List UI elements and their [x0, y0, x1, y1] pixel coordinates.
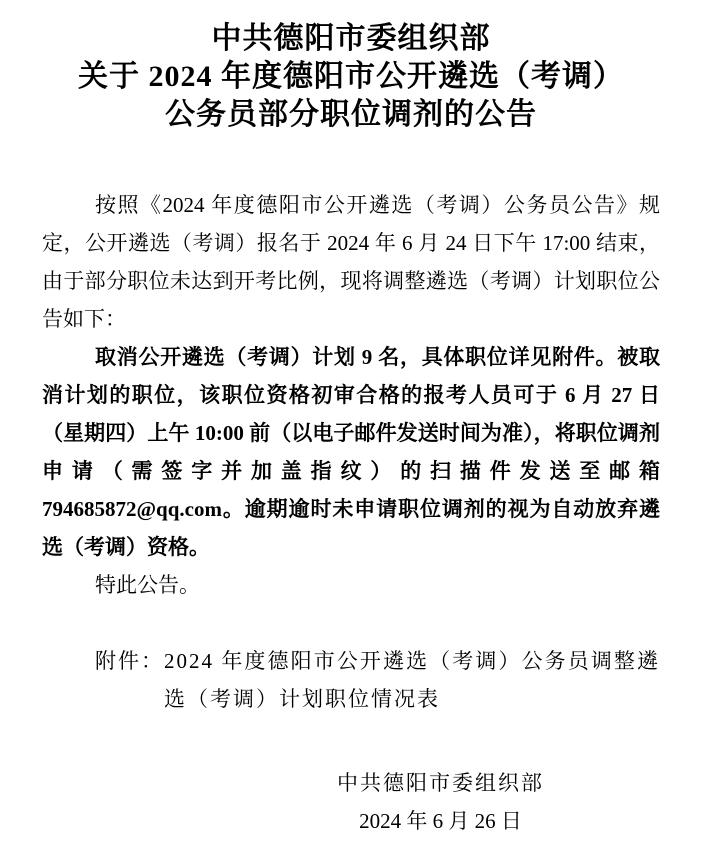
announcement-page: 中共德阳市委组织部 关于 2024 年度德阳市公开遴选（考调） 公务员部分职位调…	[0, 0, 704, 867]
signature-org: 中共德阳市委组织部	[333, 764, 548, 802]
document-title: 中共德阳市委组织部 关于 2024 年度德阳市公开遴选（考调） 公务员部分职位调…	[42, 20, 660, 134]
attachment-block: 附件： 2024 年度德阳市公开遴选（考调）公务员调整遴选（考调）计划职位情况表	[42, 642, 660, 718]
title-line-1: 中共德阳市委组织部	[42, 20, 660, 58]
attachment-label: 附件：	[95, 642, 164, 718]
document-body: 按照《2024 年度德阳市公开遴选（考调）公务员公告》规定，公开遴选（考调）报名…	[42, 186, 660, 840]
title-line-2: 关于 2024 年度德阳市公开遴选（考调）	[42, 58, 660, 96]
closing-paragraph: 特此公告。	[42, 566, 660, 604]
title-line-3: 公务员部分职位调剂的公告	[42, 96, 660, 134]
signature-block: 中共德阳市委组织部 2024 年 6 月 26 日	[333, 764, 548, 840]
signature-date: 2024 年 6 月 26 日	[333, 802, 548, 840]
attachment-title: 2024 年度德阳市公开遴选（考调）公务员调整遴选（考调）计划职位情况表	[164, 642, 660, 718]
intro-paragraph: 按照《2024 年度德阳市公开遴选（考调）公务员公告》规定，公开遴选（考调）报名…	[42, 186, 660, 338]
notice-paragraph: 取消公开遴选（考调）计划 9 名，具体职位详见附件。被取消计划的职位，该职位资格…	[42, 338, 660, 566]
